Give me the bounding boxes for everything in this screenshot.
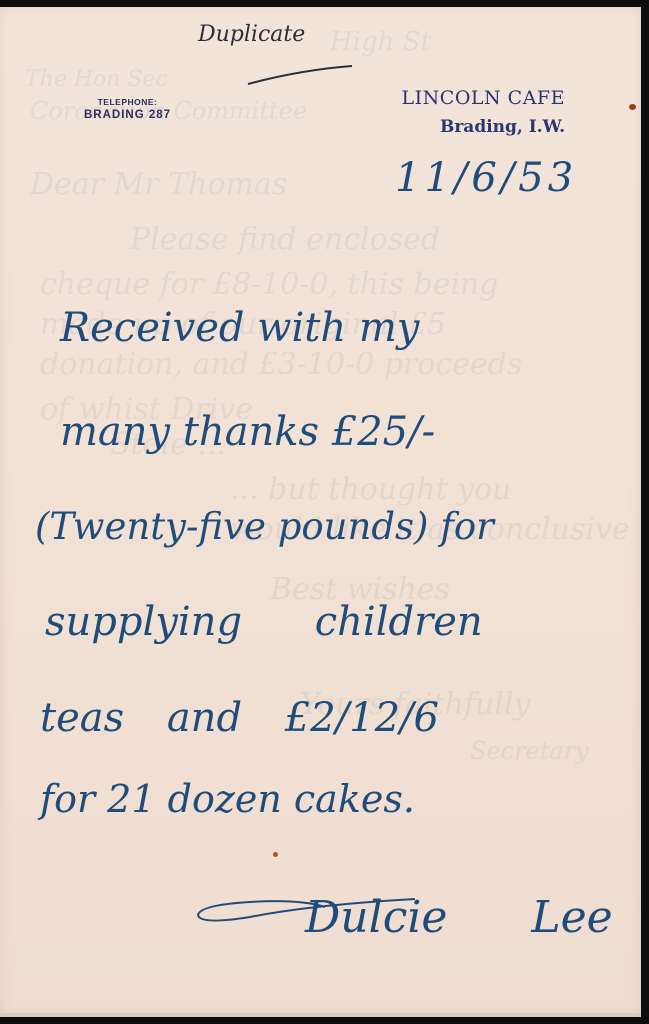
business-name: LINCOLN CAFE [350, 87, 565, 109]
body-line-5: teas and £2/12/6 [40, 695, 439, 741]
bleed-through-line: High St [330, 27, 431, 57]
body-line-6: for 21 dozen cakes. [40, 777, 415, 821]
body-line-2: many thanks £25/- [60, 409, 435, 455]
bleed-through-line: Please find enclosed [130, 222, 440, 257]
body-line-1: Received with my [60, 305, 419, 351]
bleed-through-line: Dear Mr Thomas [30, 167, 287, 202]
bleed-through-line: Secretary [470, 737, 589, 765]
letter-sheet: High St The Hon Sec Coronation Committee… [0, 7, 641, 1017]
signature: Dulcie Lee [305, 892, 613, 943]
letterhead-business: LINCOLN CAFE Brading, I.W. [350, 87, 565, 137]
body-line-3: (Twenty-five pounds) for [35, 505, 494, 548]
ink-spot [273, 852, 278, 857]
telephone-block: TELEPHONE: BRADING 287 [70, 97, 185, 121]
duplicate-annotation: Duplicate [198, 22, 305, 47]
bleed-through-line: donation, and £3-10-0 proceeds [40, 347, 522, 382]
telephone-number: BRADING 287 [70, 109, 185, 121]
body-line-4: supplying children [45, 599, 483, 645]
business-location: Brading, I.W. [350, 117, 565, 137]
telephone-label: TELEPHONE: [70, 97, 185, 107]
letter-date: 11/6/53 [395, 155, 577, 201]
ink-spot [629, 104, 636, 110]
bleed-through-line: The Hon Sec [25, 67, 168, 92]
annotation-underline [240, 62, 360, 92]
bleed-through-line: cheque for £8-10-0, this being [40, 267, 499, 302]
bleed-through-line: ... but thought you [230, 472, 511, 507]
